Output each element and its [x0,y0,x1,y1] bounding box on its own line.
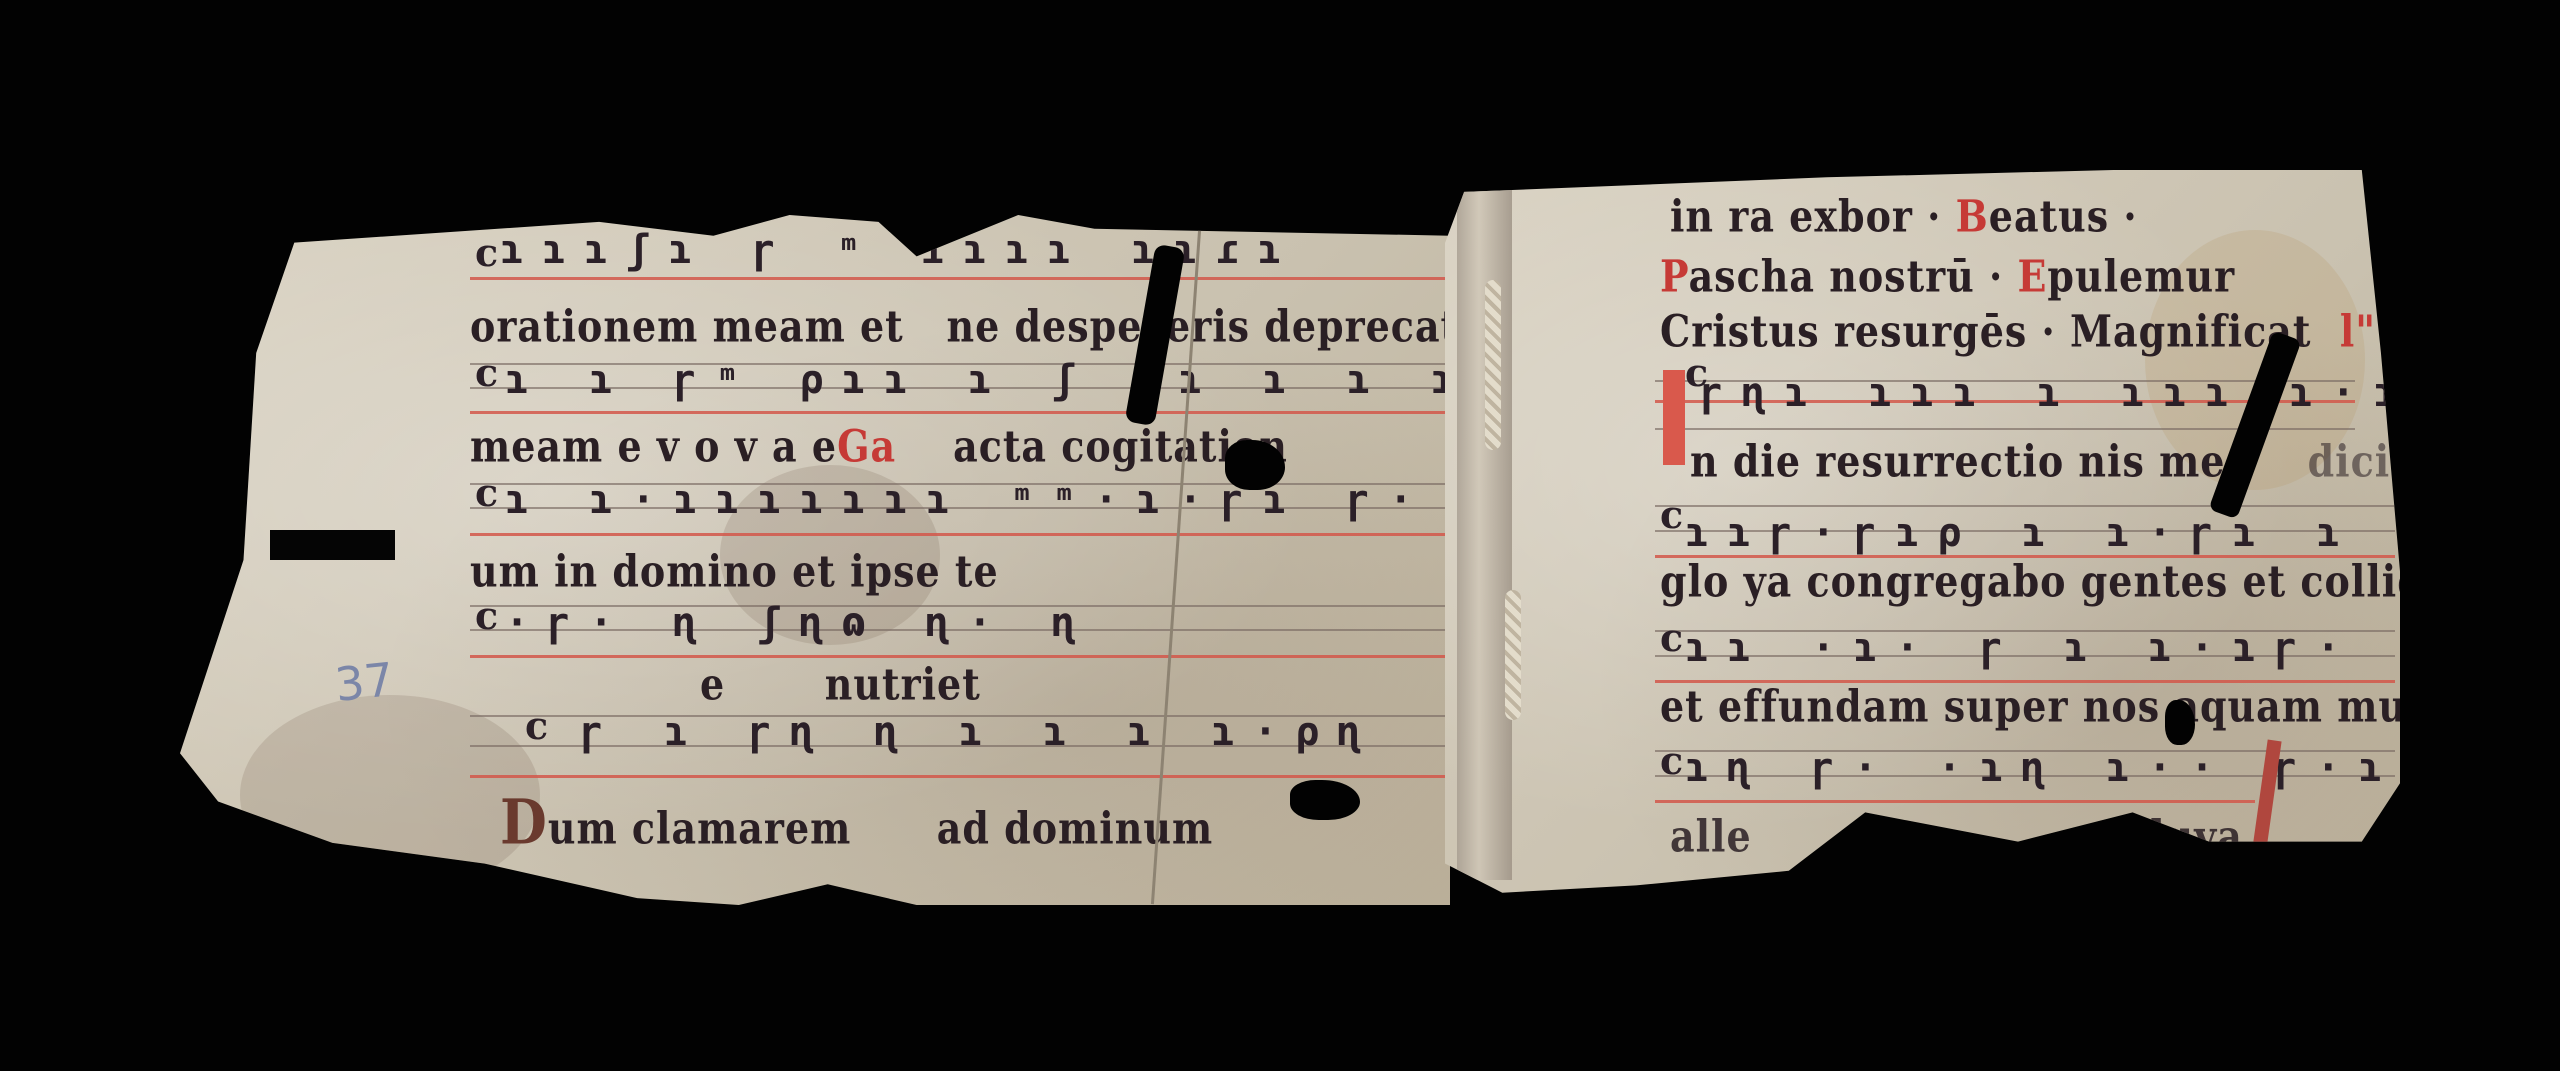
lyric-text: ad dominum [937,802,1213,854]
lyric-line: n die resurrectio nis mee dicit [1690,435,2409,487]
left-manuscript-fragment: c ɿɿɿʃɿ ɼ ᵐ ɿɿɿɿ ɿɿɾɿ orationem meam et … [180,215,1450,905]
lyric-line: et effundam super nos aquam mun [1660,680,2436,732]
lyric-text: luya [2150,810,2243,862]
neume-row: ɿɿɼ·ɼɿρ ɿ ɿ·ɼɿ ɿ ɿ ɿ ·ɿ [1685,510,2560,556]
lyric-text: nutriet [825,658,981,710]
lyric-line: um in domino et ipse te [470,545,999,597]
lyric-line: meam e v o v a eGa acta cogitation [470,420,1288,472]
lyric-line: orationem meam et ne despexeris deprecat… [470,300,1555,352]
c-clef: c [475,470,498,515]
c-clef: c [475,593,498,638]
c-clef: c [525,703,548,748]
staff-line-red [470,277,1450,280]
staff-line-red [470,775,1450,778]
staff-line-red [1655,800,2255,803]
lyric-text: e [700,658,725,710]
lyric-line: in ra exbor · Beatus · [1670,190,2138,242]
neume-row: ɿ ɿ ɼᵐ ρɿɿ ɿ ʃ ɿɿ ɿ ɿ ɿɿ·ɳ [505,357,1599,403]
lyric-text: glo ya congregabo gentes et collig [1660,555,2425,607]
staff-line-red [470,411,1450,414]
rubric-initial: E [2017,250,2047,302]
lyric-text: et effundam super nos aquam mun [1660,680,2436,732]
decorated-initial: D [500,785,548,859]
hole [1290,780,1360,820]
lyric-text: um clamarem [548,802,852,854]
neume-row: ·ɼ· ɳ ʃɳɷ ɳ· ɳ [505,600,1094,646]
hole [2165,700,2195,745]
mounting-strip [270,530,395,560]
neume-row: ɿɳ ɼ· ·ɿɳ ɿ·· ɼ·ɿ· [1685,745,2442,791]
lyric-line: glo ya congregabo gentes et collig [1660,555,2425,607]
rubric-initial: Ga [837,420,896,472]
lyric-line: Pascha nostrū · Epulemur [1660,250,2235,302]
lyric-text: alle [1670,810,1752,862]
lyric-text: dicit [2308,435,2409,487]
neume-row: ɼɳɿ ɿɿɿ ɿ ɿɿɿ ɿ·ɿɿ ɼᵐɳ [1700,370,2560,416]
lyric-line: Cristus resurgēs · Magnificat l" 1 [1660,305,2418,357]
c-clef: c [475,350,498,395]
lyric-text: eatus · [1989,190,2138,242]
neume-row: ɿɿ ·ɿ· ɼ ɿ ɿ·ɿɼ· ρ ·ɿɼ [1685,625,2560,671]
hole [1225,440,1285,490]
lyric-text: meam e v o v a e [470,420,837,472]
staff-line [1655,505,2395,507]
lyric-text: n die resurrectio nis mee [1690,435,2251,487]
c-clef: c [1660,615,1683,660]
lyric-text: ascha nostrū · [1689,250,2018,302]
staff-line-red [470,533,1450,536]
c-clef: c [475,230,498,275]
red-initial-I [1663,370,1685,465]
c-clef: c [1660,492,1683,537]
rubric-initial: P [1660,250,1689,302]
lyric-text: um in domino et ipse te [470,545,999,597]
right-manuscript-fragment: in ra exbor · Beatus · Pascha nostrū · E… [1445,170,2400,900]
pencil-shelfmark: 37 [332,652,396,712]
c-clef: c [1660,738,1683,783]
binding-thread [1505,590,1521,720]
binding-thread [1485,280,1501,450]
lyric-line: e nutriet [700,658,981,710]
lyric-line: Dum clamarem ad dominum [500,785,1213,859]
lyric-text: pulemur [2047,250,2235,302]
stain [240,695,540,895]
rubric-mark: l" 1 [2340,305,2418,357]
lyric-text: orationem meam et [470,300,904,352]
lyric-line: alle luya [1670,810,2243,862]
rubric-initial: B [1956,190,1989,242]
photo-background: c ɿɿɿʃɿ ɼ ᵐ ɿɿɿɿ ɿɿɾɿ orationem meam et … [0,0,2560,1071]
neume-row: ɿ ɿ·ɿɿɿɿɿɿɿ ᵐᵐ·ɿ·ɼɿ ɼ· ɳ ɼ [505,477,1599,523]
lyric-text: Cristus resurgēs · Magnificat [1660,305,2311,357]
lyric-text: in ra exbor · [1670,190,1941,242]
neume-row: ɼ ɿ ɼɳ ɳ ɿ ɿ ɿ ɿ·ρɳ [580,709,1380,755]
